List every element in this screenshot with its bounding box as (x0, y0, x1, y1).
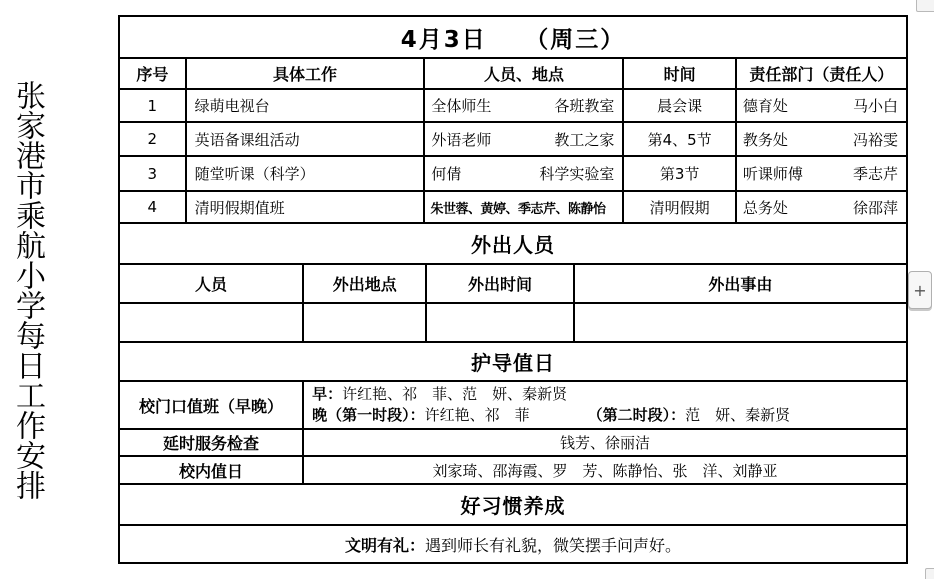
row-dept-owner: 听课师傅 季志芹 (737, 157, 906, 190)
row-work: 随堂听课（科学） (187, 157, 426, 190)
page-canvas: 张家港市乘航小学每日工作安排 4月3日 （周三） 序号 具体工作 人员、地点 时… (0, 0, 934, 579)
row-place: 科学实验室 (539, 163, 614, 184)
row-person-place: 朱世蓉、黄婷、季志芹、陈静怡 (425, 192, 624, 222)
row-dept-owner: 总务处 徐邵萍 (737, 192, 906, 222)
morning-names: 许红艳、祁 菲、范 妍、秦新贤 (342, 385, 567, 403)
evening1-label: 晚（第一时段）： (312, 406, 425, 424)
row-no: 2 (120, 123, 187, 155)
vertical-page-title: 张家港市乘航小学每日工作安排 (8, 80, 46, 510)
table-control-fragment-bottom[interactable] (925, 568, 934, 579)
row-person-place: 外语老师 教工之家 (425, 123, 624, 155)
row-owner: 马小白 (853, 95, 898, 116)
row-work: 英语备课组活动 (187, 123, 426, 155)
row-no: 4 (120, 192, 187, 222)
morning-label: 早： (312, 385, 342, 403)
row-dept-owner: 教务处 冯裕雯 (737, 123, 906, 155)
row-no: 1 (120, 90, 187, 121)
row-person: 何倩 (431, 163, 461, 184)
outing-col-place: 外出地点 (304, 265, 427, 302)
row-owner: 徐邵萍 (853, 197, 898, 218)
row-time: 清明假期 (624, 192, 736, 222)
outing-header-row: 人员 外出地点 外出时间 外出事由 (120, 265, 906, 304)
row-person: 外语老师 (431, 129, 491, 150)
row-owner: 季志芹 (853, 163, 898, 184)
gate-duty-row: 校门口值班（早晚） 早：许红艳、祁 菲、范 妍、秦新贤 晚（第一时段）：许红艳、… (120, 382, 906, 430)
gate-duty-label: 校门口值班（早晚） (120, 382, 304, 428)
table-row: 3 随堂听课（科学） 何倩 科学实验室 第3节 听课师傅 季志芹 (120, 157, 906, 192)
outing-time-cell (427, 304, 574, 341)
habit-item-text: 遇到师长有礼貌，微笑摆手问声好。 (425, 533, 681, 556)
row-time: 第4、5节 (624, 123, 736, 155)
gate-duty-evening-line: 晚（第一时段）：许红艳、祁 菲（第二时段）：范 妍、秦新贤 (312, 405, 790, 426)
row-place: 教工之家 (554, 129, 614, 150)
main-header-row: 序号 具体工作 人员、地点 时间 责任部门（责任人） (120, 59, 906, 90)
row-no: 3 (120, 157, 187, 190)
habit-section-title-row: 好习惯养成 (120, 485, 906, 526)
row-person: 朱世蓉、黄婷、季志芹、陈静怡 (430, 198, 605, 217)
outing-col-time: 外出时间 (427, 265, 574, 302)
table-row: 1 绿萌电视台 全体师生 各班教室 晨会课 德育处 马小白 (120, 90, 906, 123)
evening2-label: （第二时段）： (588, 405, 686, 426)
row-dept: 总务处 (743, 197, 788, 218)
col-header-time: 时间 (624, 59, 736, 88)
row-person: 全体师生 (431, 95, 491, 116)
table-control-fragment-top[interactable] (916, 0, 934, 12)
delay-check-row: 延时服务检查 钱芳、徐丽洁 (120, 430, 906, 457)
row-owner: 冯裕雯 (853, 129, 898, 150)
row-time: 晨会课 (624, 90, 736, 121)
outing-col-person: 人员 (120, 265, 304, 302)
row-place: 各班教室 (554, 95, 614, 116)
outing-place-cell (304, 304, 427, 341)
habit-content-row: 文明有礼：遇到师长有礼貌，微笑摆手问声好。 (120, 526, 906, 562)
table-row: 4 清明假期值班 朱世蓉、黄婷、季志芹、陈静怡 清明假期 总务处 徐邵萍 (120, 192, 906, 224)
row-work: 清明假期值班 (187, 192, 426, 222)
row-dept: 听课师傅 (743, 163, 803, 184)
col-header-work: 具体工作 (187, 59, 426, 88)
row-person-place: 全体师生 各班教室 (425, 90, 624, 121)
row-work: 绿萌电视台 (187, 90, 426, 121)
duty-section-title: 护导值日 (471, 347, 555, 376)
outing-person-cell (120, 304, 304, 341)
row-dept: 教务处 (743, 129, 788, 150)
outing-col-reason: 外出事由 (575, 265, 906, 302)
gate-duty-content: 早：许红艳、祁 菲、范 妍、秦新贤 晚（第一时段）：许红艳、祁 菲（第二时段）：… (304, 382, 906, 428)
col-header-person-place: 人员、地点 (425, 59, 624, 88)
col-header-no: 序号 (120, 59, 187, 88)
daily-schedule-table: 4月3日 （周三） 序号 具体工作 人员、地点 时间 责任部门（责任人） 1 绿… (118, 15, 908, 564)
col-header-dept-owner: 责任部门（责任人） (737, 59, 906, 88)
outing-section-title: 外出人员 (471, 229, 555, 258)
habit-item-label: 文明有礼： (345, 533, 425, 556)
duty-section-title-row: 护导值日 (120, 343, 906, 382)
date-title: 4月3日 （周三） (401, 21, 626, 54)
delay-check-names: 钱芳、徐丽洁 (304, 430, 906, 455)
date-title-row: 4月3日 （周三） (120, 17, 906, 59)
table-row: 2 英语备课组活动 外语老师 教工之家 第4、5节 教务处 冯裕雯 (120, 123, 906, 157)
evening2-names: 范 妍、秦新贤 (685, 406, 790, 424)
inner-duty-row: 校内值日 刘家琦、邵海霞、罗 芳、陈静怡、张 洋、刘静亚 (120, 457, 906, 485)
inner-duty-label: 校内值日 (120, 457, 304, 483)
outing-reason-cell (575, 304, 906, 341)
outing-empty-row (120, 304, 906, 343)
outing-section-title-row: 外出人员 (120, 224, 906, 265)
table-add-row-button[interactable]: + (908, 271, 932, 309)
evening1-names: 许红艳、祁 菲 (425, 406, 530, 424)
row-dept-owner: 德育处 马小白 (737, 90, 906, 121)
gate-duty-morning-line: 早：许红艳、祁 菲、范 妍、秦新贤 (312, 384, 567, 405)
row-person-place: 何倩 科学实验室 (425, 157, 624, 190)
delay-check-label: 延时服务检查 (120, 430, 304, 455)
inner-duty-names: 刘家琦、邵海霞、罗 芳、陈静怡、张 洋、刘静亚 (304, 457, 906, 483)
row-dept: 德育处 (743, 95, 788, 116)
plus-icon: + (913, 281, 926, 300)
habit-section-title: 好习惯养成 (461, 490, 566, 519)
row-time: 第3节 (624, 157, 736, 190)
